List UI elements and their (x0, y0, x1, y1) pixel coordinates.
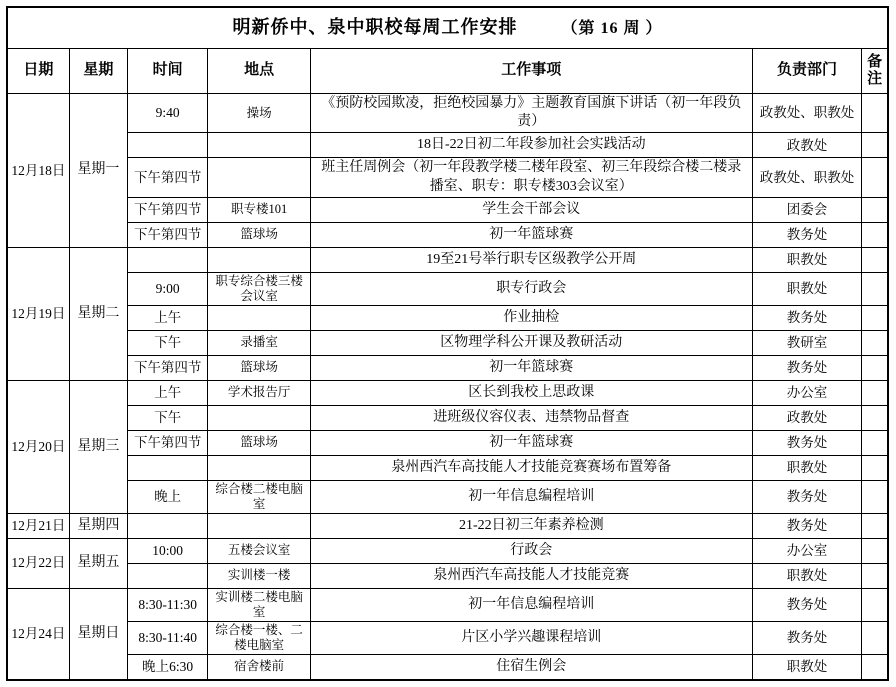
header-date: 日期 (7, 49, 69, 94)
place-cell: 实训楼一楼 (208, 563, 310, 588)
task-cell: 职专行政会 (310, 272, 752, 305)
table-row: 下午 进班级仪容仪表、违禁物品督查 政教处 (7, 405, 888, 430)
place-cell: 篮球场 (208, 430, 310, 455)
dept-cell: 政教处、职教处 (752, 158, 861, 197)
note-cell (862, 133, 888, 158)
title-week: （第 16 周 ） (561, 20, 662, 37)
place-cell: 综合楼二楼电脑室 (208, 480, 310, 513)
date-cell: 12月22日 (7, 538, 69, 588)
task-cell: 区物理学科公开课及教研活动 (310, 330, 752, 355)
task-cell: 19至21号举行职专区级教学公开周 (310, 247, 752, 272)
task-cell: 初一年信息编程培训 (310, 588, 752, 621)
dept-cell: 职教处 (752, 272, 861, 305)
header-place: 地点 (208, 49, 310, 94)
place-cell (208, 513, 310, 538)
note-cell (862, 158, 888, 197)
schedule-page: 明新侨中、泉中职校每周工作安排（第 16 周 ） 日期 星期 时间 地点 工作事… (0, 0, 896, 687)
header-time: 时间 (128, 49, 208, 94)
time-cell: 10:00 (128, 538, 208, 563)
time-cell: 上午 (128, 305, 208, 330)
place-cell (208, 158, 310, 197)
header-note: 备注 (862, 49, 888, 94)
task-cell: 21-22日初三年素养检测 (310, 513, 752, 538)
note-cell (862, 222, 888, 247)
place-cell (208, 305, 310, 330)
time-cell: 下午第四节 (128, 430, 208, 455)
task-cell: 《预防校园欺凌，拒绝校园暴力》主题教育国旗下讲话（初一年段负责） (310, 94, 752, 133)
weekday-cell: 星期四 (69, 513, 127, 538)
note-cell (862, 405, 888, 430)
header-dept: 负责部门 (752, 49, 861, 94)
note-cell (862, 455, 888, 480)
dept-cell: 政教处、职教处 (752, 94, 861, 133)
dept-cell: 教务处 (752, 621, 861, 654)
time-cell: 下午 (128, 405, 208, 430)
table-row: 明新侨中、泉中职校每周工作安排（第 16 周 ） (7, 7, 888, 49)
dept-cell: 职教处 (752, 563, 861, 588)
weekly-schedule-table: 明新侨中、泉中职校每周工作安排（第 16 周 ） 日期 星期 时间 地点 工作事… (6, 6, 889, 681)
table-row: 晚上6:30 宿舍楼前 住宿生例会 职教处 (7, 654, 888, 680)
task-cell: 初一年篮球赛 (310, 430, 752, 455)
note-cell (862, 538, 888, 563)
table-row: 8:30-11:40 综合楼一楼、二楼电脑室 片区小学兴趣课程培训 教务处 (7, 621, 888, 654)
date-cell: 12月20日 (7, 380, 69, 513)
table-row: 12月21日 星期四 21-22日初三年素养检测 教务处 (7, 513, 888, 538)
time-cell: 晚上6:30 (128, 654, 208, 680)
time-cell: 下午第四节 (128, 197, 208, 222)
place-cell (208, 133, 310, 158)
time-cell: 下午第四节 (128, 158, 208, 197)
time-cell: 9:00 (128, 272, 208, 305)
date-cell: 12月24日 (7, 588, 69, 680)
note-cell (862, 563, 888, 588)
weekday-cell: 星期日 (69, 588, 127, 680)
note-cell (862, 330, 888, 355)
table-row: 晚上 综合楼二楼电脑室 初一年信息编程培训 教务处 (7, 480, 888, 513)
place-cell: 综合楼一楼、二楼电脑室 (208, 621, 310, 654)
task-cell: 班主任周例会（初一年段教学楼二楼年段室、初三年段综合楼二楼录播室、职专：职专楼3… (310, 158, 752, 197)
task-cell: 作业抽检 (310, 305, 752, 330)
table-row: 下午第四节 班主任周例会（初一年段教学楼二楼年段室、初三年段综合楼二楼录播室、职… (7, 158, 888, 197)
table-row: 12月18日 星期一 9:40 操场 《预防校园欺凌，拒绝校园暴力》主题教育国旗… (7, 94, 888, 133)
table-row: 12月22日 星期五 10:00 五楼会议室 行政会 办公室 (7, 538, 888, 563)
task-cell: 进班级仪容仪表、违禁物品督查 (310, 405, 752, 430)
note-cell (862, 247, 888, 272)
table-row: 上午 作业抽检 教务处 (7, 305, 888, 330)
time-cell: 下午第四节 (128, 355, 208, 380)
place-cell: 职专综合楼三楼会议室 (208, 272, 310, 305)
table-header-row: 日期 星期 时间 地点 工作事项 负责部门 备注 (7, 49, 888, 94)
time-cell (128, 247, 208, 272)
place-cell: 录播室 (208, 330, 310, 355)
place-cell: 宿舍楼前 (208, 654, 310, 680)
dept-cell: 职教处 (752, 247, 861, 272)
header-weekday: 星期 (69, 49, 127, 94)
time-cell (128, 455, 208, 480)
time-cell (128, 563, 208, 588)
note-cell (862, 305, 888, 330)
place-cell: 篮球场 (208, 222, 310, 247)
note-cell (862, 380, 888, 405)
task-cell: 住宿生例会 (310, 654, 752, 680)
dept-cell: 政教处 (752, 133, 861, 158)
time-cell (128, 513, 208, 538)
dept-cell: 办公室 (752, 380, 861, 405)
weekday-cell: 星期二 (69, 247, 127, 380)
task-cell: 区长到我校上思政课 (310, 380, 752, 405)
table-row: 下午 录播室 区物理学科公开课及教研活动 教研室 (7, 330, 888, 355)
table-row: 12月19日 星期二 19至21号举行职专区级教学公开周 职教处 (7, 247, 888, 272)
place-cell (208, 455, 310, 480)
dept-cell: 教务处 (752, 588, 861, 621)
dept-cell: 教研室 (752, 330, 861, 355)
weekday-cell: 星期五 (69, 538, 127, 588)
time-cell: 下午 (128, 330, 208, 355)
task-cell: 泉州西汽车高技能人才技能竞赛 (310, 563, 752, 588)
time-cell: 9:40 (128, 94, 208, 133)
page-title: 明新侨中、泉中职校每周工作安排（第 16 周 ） (7, 7, 888, 49)
table-row: 9:00 职专综合楼三楼会议室 职专行政会 职教处 (7, 272, 888, 305)
note-cell (862, 197, 888, 222)
note-cell (862, 430, 888, 455)
place-cell: 实训楼二楼电脑室 (208, 588, 310, 621)
task-cell: 18日-22日初二年段参加社会实践活动 (310, 133, 752, 158)
time-cell: 下午第四节 (128, 222, 208, 247)
date-cell: 12月18日 (7, 94, 69, 248)
place-cell: 五楼会议室 (208, 538, 310, 563)
time-cell (128, 133, 208, 158)
title-main: 明新侨中、泉中职校每周工作安排 (232, 17, 517, 37)
note-cell (862, 513, 888, 538)
time-cell: 8:30-11:30 (128, 588, 208, 621)
dept-cell: 教务处 (752, 222, 861, 247)
table-row: 18日-22日初二年段参加社会实践活动 政教处 (7, 133, 888, 158)
note-cell (862, 94, 888, 133)
note-cell (862, 621, 888, 654)
note-cell (862, 654, 888, 680)
time-cell: 上午 (128, 380, 208, 405)
dept-cell: 政教处 (752, 405, 861, 430)
table-row: 12月24日 星期日 8:30-11:30 实训楼二楼电脑室 初一年信息编程培训… (7, 588, 888, 621)
place-cell: 学术报告厅 (208, 380, 310, 405)
table-row: 下午第四节 篮球场 初一年篮球赛 教务处 (7, 430, 888, 455)
task-cell: 初一年信息编程培训 (310, 480, 752, 513)
place-cell (208, 405, 310, 430)
task-cell: 初一年篮球赛 (310, 355, 752, 380)
task-cell: 行政会 (310, 538, 752, 563)
date-cell: 12月21日 (7, 513, 69, 538)
weekday-cell: 星期一 (69, 94, 127, 248)
note-cell (862, 588, 888, 621)
place-cell: 操场 (208, 94, 310, 133)
dept-cell: 职教处 (752, 654, 861, 680)
table-row: 下午第四节 篮球场 初一年篮球赛 教务处 (7, 222, 888, 247)
table-row: 下午第四节 篮球场 初一年篮球赛 教务处 (7, 355, 888, 380)
note-cell (862, 355, 888, 380)
table-row: 泉州西汽车高技能人才技能竞赛赛场布置筹备 职教处 (7, 455, 888, 480)
dept-cell: 教务处 (752, 355, 861, 380)
dept-cell: 职教处 (752, 455, 861, 480)
note-cell (862, 480, 888, 513)
table-row: 下午第四节 职专楼101 学生会干部会议 团委会 (7, 197, 888, 222)
dept-cell: 团委会 (752, 197, 861, 222)
place-cell: 职专楼101 (208, 197, 310, 222)
place-cell (208, 247, 310, 272)
dept-cell: 教务处 (752, 513, 861, 538)
task-cell: 初一年篮球赛 (310, 222, 752, 247)
note-cell (862, 272, 888, 305)
header-task: 工作事项 (310, 49, 752, 94)
date-cell: 12月19日 (7, 247, 69, 380)
task-cell: 片区小学兴趣课程培训 (310, 621, 752, 654)
place-cell: 篮球场 (208, 355, 310, 380)
table-row: 实训楼一楼 泉州西汽车高技能人才技能竞赛 职教处 (7, 563, 888, 588)
table-row: 12月20日 星期三 上午 学术报告厅 区长到我校上思政课 办公室 (7, 380, 888, 405)
task-cell: 泉州西汽车高技能人才技能竞赛赛场布置筹备 (310, 455, 752, 480)
weekday-cell: 星期三 (69, 380, 127, 513)
dept-cell: 办公室 (752, 538, 861, 563)
time-cell: 晚上 (128, 480, 208, 513)
time-cell: 8:30-11:40 (128, 621, 208, 654)
dept-cell: 教务处 (752, 430, 861, 455)
dept-cell: 教务处 (752, 305, 861, 330)
dept-cell: 教务处 (752, 480, 861, 513)
task-cell: 学生会干部会议 (310, 197, 752, 222)
